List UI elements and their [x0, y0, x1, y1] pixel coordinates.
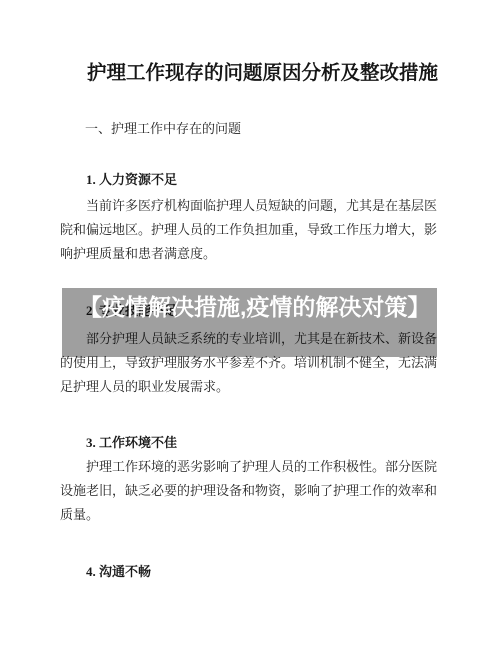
- paragraph-line: 护理工作环境的恶劣影响了护理人员的工作积极性。部分医院: [60, 455, 440, 479]
- issue-heading: 4. 沟通不畅: [86, 560, 151, 584]
- section-heading: 一、护理工作中存在的问题: [85, 117, 241, 141]
- overlay-title: 【疫情解决措施,疫情的解决对策】: [79, 293, 420, 321]
- document-page: 护理工作现存的问题原因分析及整改措施 一、护理工作中存在的问题 1. 人力资源不…: [0, 0, 500, 647]
- paragraph-line: 质量。: [60, 503, 440, 527]
- paragraph-line: 响护理质量和患者满意度。: [60, 242, 440, 266]
- paragraph-line: 院和偏远地区。护理人员的工作负担加重，导致工作压力增大，影: [60, 218, 440, 242]
- issue-paragraph: 当前许多医疗机构面临护理人员短缺的问题，尤其是在基层医 院和偏远地区。护理人员的…: [60, 194, 440, 266]
- document-title: 护理工作现存的问题原因分析及整改措施: [87, 61, 447, 85]
- caption-overlay: 【疫情解决措施,疫情的解决对策】: [62, 288, 437, 357]
- paragraph-line: 设施老旧，缺乏必要的护理设备和物资，影响了护理工作的效率和: [60, 479, 440, 503]
- paragraph-line: 足护理人员的职业发展需求。: [60, 375, 440, 399]
- issue-heading: 3. 工作环境不佳: [86, 431, 177, 455]
- issue-heading: 1. 人力资源不足: [86, 168, 177, 192]
- issue-paragraph: 护理工作环境的恶劣影响了护理人员的工作积极性。部分医院 设施老旧，缺乏必要的护理…: [60, 455, 440, 527]
- paragraph-line: 当前许多医疗机构面临护理人员短缺的问题，尤其是在基层医: [60, 194, 440, 218]
